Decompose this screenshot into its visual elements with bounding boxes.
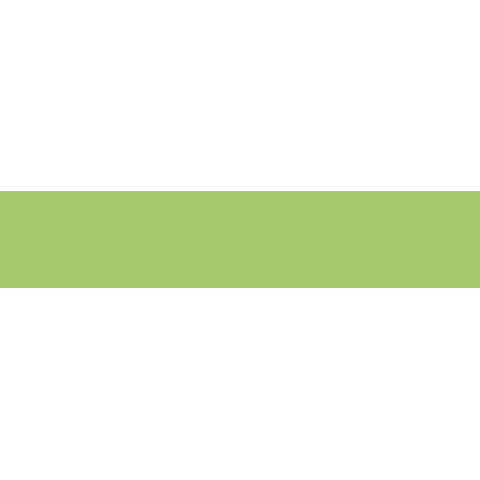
document-page — [0, 0, 480, 480]
title-banner — [0, 191, 480, 288]
